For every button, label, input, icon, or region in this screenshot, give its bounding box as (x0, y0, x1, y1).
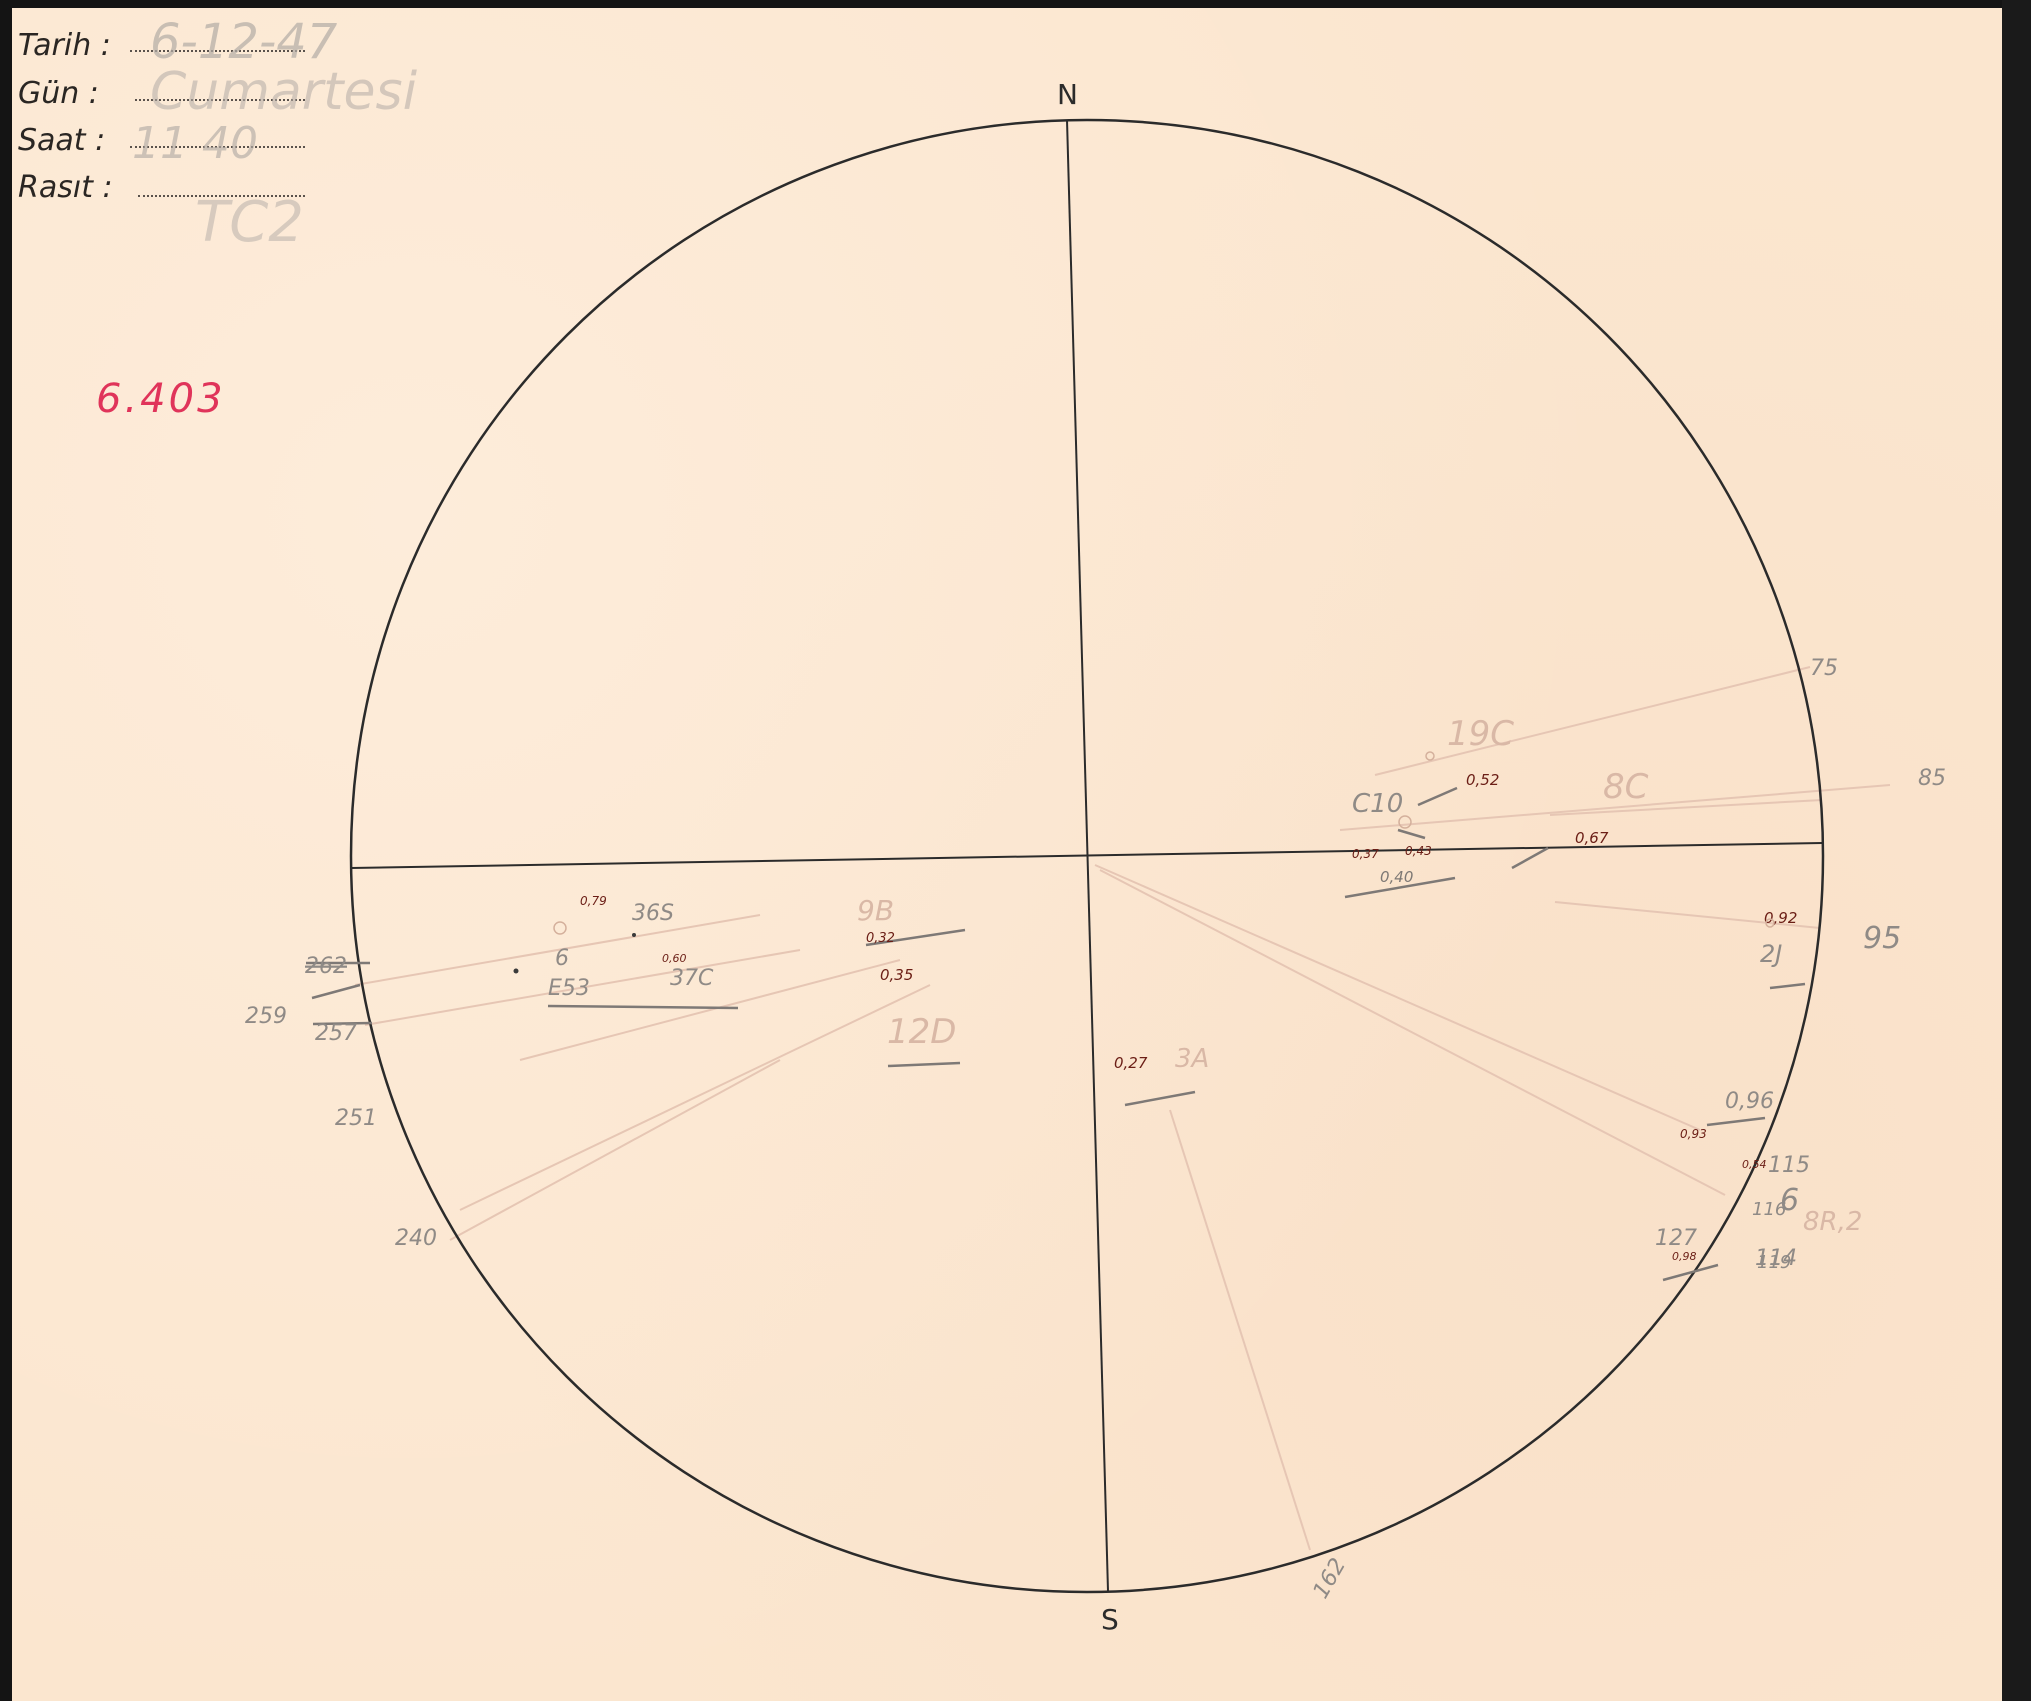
measure-0-52: 0,52 (1466, 771, 1499, 789)
limb-label-240: 240 (395, 1226, 437, 1251)
limb-label-95: 95 (1863, 921, 1901, 956)
measure-0-54: 0,54 (1742, 1158, 1767, 1171)
group-label-9B: 9B (857, 894, 894, 927)
group-label-6: 6 (555, 946, 569, 971)
limb-label-259: 259 (245, 1004, 287, 1029)
measure-0-40: 0,40 (1380, 868, 1413, 886)
spot-dot (514, 969, 519, 974)
measure-0-92: 0,92 (1764, 909, 1797, 927)
limb-label-115: 115 (1768, 1153, 1810, 1178)
measure-0-60: 0,60 (662, 952, 687, 965)
measure-0-93: 0,93 (1680, 1127, 1707, 1141)
solar-disk-diagram: N S 19C 8C 3A 12D 9B 8R,2 C10 2J 36S 6 E… (0, 0, 2031, 1701)
limb-label-251: 251 (335, 1106, 377, 1131)
group-label-8C: 8C (1603, 767, 1649, 807)
group-label-E53: E53 (548, 976, 590, 1001)
measure-0-96: 0,96 (1725, 1089, 1774, 1114)
limb-label-116: 116 (1752, 1199, 1786, 1220)
measure-0-43: 0,43 (1405, 844, 1432, 858)
measure-0-37: 0,37 (1352, 847, 1379, 861)
limb-label-162: 162 (1309, 1554, 1352, 1603)
limb-label-257: 257 (315, 1021, 357, 1046)
group-label-8R2: 8R,2 (1803, 1207, 1862, 1237)
south-label: S (1101, 1603, 1119, 1636)
group-underlines (306, 788, 1805, 1280)
group-label-19C: 19C (1447, 714, 1514, 754)
measure-0-67: 0,67 (1575, 829, 1609, 847)
group-label-37C: 37C (670, 966, 714, 991)
measure-0-98: 0,98 (1672, 1250, 1697, 1263)
limb-label-119: 119 (1757, 1252, 1791, 1273)
measure-0-32: 0,32 (866, 931, 895, 946)
group-label-12D: 12D (887, 1012, 956, 1052)
group-label-3A: 3A (1175, 1044, 1209, 1074)
measure-0-35: 0,35 (880, 966, 913, 984)
limb-label-85: 85 (1918, 766, 1946, 791)
group-label-2J: 2J (1760, 940, 1782, 968)
limb-label-127: 127 (1655, 1226, 1697, 1251)
limb-label-262: 262 (305, 954, 347, 979)
group-label-C10: C10 (1352, 789, 1403, 819)
limb-label-75: 75 (1810, 656, 1838, 681)
faint-guidelines (355, 667, 1890, 1550)
measure-0-27: 0,27 (1114, 1054, 1148, 1072)
north-label: N (1057, 78, 1078, 111)
group-label-36S: 36S (632, 901, 674, 926)
spot-dot (632, 933, 636, 937)
measure-0-79: 0,79 (580, 894, 607, 908)
